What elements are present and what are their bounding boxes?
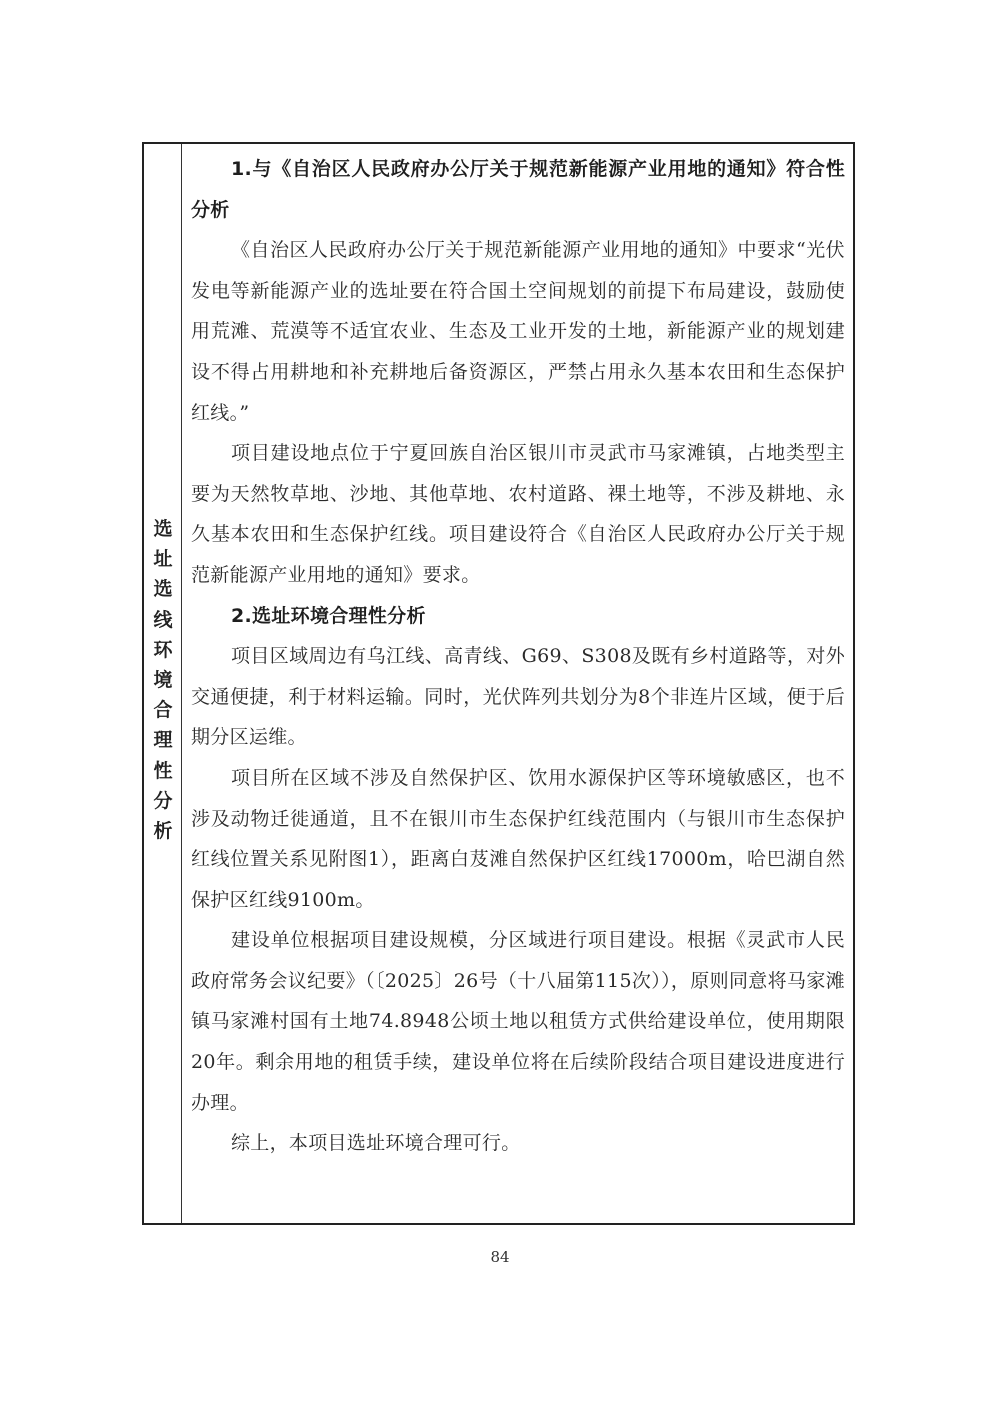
section-label-char: 析	[153, 816, 172, 846]
section-label: 选 址 选 线 环 境 合 理 性 分 析	[144, 514, 182, 846]
section-label-char: 理	[153, 725, 172, 755]
paragraph-transport: 项目区域周边有乌江线、高青线、G69、S308及既有乡村道路等，对外交通便捷，利…	[191, 636, 845, 758]
section-label-char: 选	[153, 574, 172, 604]
content-cell: 1.与《自治区人民政府办公厅关于规范新能源产业用地的通知》符合性分析 《自治区人…	[182, 144, 853, 1223]
paragraph-project-location: 项目建设地点位于宁夏回族自治区银川市灵武市马家滩镇，占地类型主要为天然牧草地、沙…	[191, 433, 845, 595]
section-label-char: 线	[153, 605, 172, 635]
heading-site-rationality: 2.选址环境合理性分析	[191, 596, 845, 637]
paragraph-conclusion: 综上，本项目选址环境合理可行。	[191, 1123, 845, 1164]
section-label-char: 境	[153, 665, 172, 695]
heading-policy-compliance: 1.与《自治区人民政府办公厅关于规范新能源产业用地的通知》符合性分析	[191, 149, 845, 230]
paragraph-policy-requirement: 《自治区人民政府办公厅关于规范新能源产业用地的通知》中要求“光伏发电等新能源产业…	[191, 230, 845, 433]
section-label-cell: 选 址 选 线 环 境 合 理 性 分 析	[144, 144, 182, 1223]
section-label-char: 分	[153, 786, 172, 816]
page-number: 84	[0, 1248, 1000, 1266]
section-label-char: 选	[153, 514, 172, 544]
analysis-table: 选 址 选 线 环 境 合 理 性 分 析 1.与《自治区人民政府办公厅关于规范…	[142, 142, 855, 1225]
paragraph-land-lease: 建设单位根据项目建设规模，分区域进行项目建设。根据《灵武市人民政府常务会议纪要》…	[191, 920, 845, 1123]
section-label-char: 址	[153, 544, 172, 574]
section-label-char: 合	[153, 695, 172, 725]
section-label-char: 环	[153, 635, 172, 665]
section-label-char: 性	[153, 756, 172, 786]
paragraph-sensitive-areas: 项目所在区域不涉及自然保护区、饮用水源保护区等环境敏感区，也不涉及动物迁徙通道，…	[191, 758, 845, 920]
